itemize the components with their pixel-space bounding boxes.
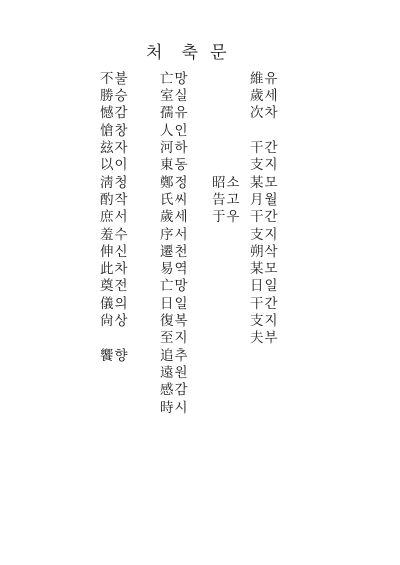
- gloss-cell: 歲세: [160, 210, 212, 224]
- table-row: 憾감 孺유 次차: [100, 105, 290, 122]
- gloss-cell: 復복: [160, 314, 212, 328]
- gloss-cell: 干간: [250, 297, 290, 311]
- gloss-cell: 支지: [250, 158, 290, 172]
- gloss-cell: 維유: [250, 72, 290, 86]
- table-row: 此차 易역 某모: [100, 260, 290, 277]
- pronunciation-table: 不불 亡망 維유 勝승 室실 歲세 憾감 孺유 次차 愴창 人인 玆자 河하 干: [100, 70, 290, 416]
- gloss-cell: 奠전: [100, 279, 160, 293]
- table-row: 時시: [100, 399, 290, 416]
- gloss-cell: 儀의: [100, 297, 160, 311]
- table-row: 玆자 河하 干간: [100, 139, 290, 156]
- gloss-cell: 朔삭: [250, 245, 290, 259]
- table-row: 奠전 亡망 日일: [100, 278, 290, 295]
- gloss-cell: 日일: [250, 279, 290, 293]
- gloss-cell: 日일: [160, 297, 212, 311]
- table-row: 勝승 室실 歲세: [100, 87, 290, 104]
- table-row: 儀의 日일 干간: [100, 295, 290, 312]
- gloss-cell: 不불: [100, 72, 160, 86]
- table-row: 庶서 歲세 于우 干간: [100, 208, 290, 225]
- gloss-cell: 河하: [160, 141, 212, 155]
- table-row: 淸청 鄭정 昭소 某모: [100, 174, 290, 191]
- gloss-cell: 人인: [160, 124, 212, 138]
- gloss-cell: 感감: [160, 383, 212, 397]
- gloss-cell: 序서: [160, 228, 212, 242]
- gloss-cell: 尙상: [100, 314, 160, 328]
- gloss-cell: 次차: [250, 106, 290, 120]
- table-row: 以이 東동 支지: [100, 156, 290, 173]
- gloss-cell: 饗향: [100, 349, 160, 363]
- gloss-cell: 夫부: [250, 331, 290, 345]
- table-row: 尙상 復복 支지: [100, 312, 290, 329]
- gloss-cell: 干간: [250, 141, 290, 155]
- gloss-cell: 易역: [160, 262, 212, 276]
- document-page: 처축 문 不불 亡망 維유 勝승 室실 歲세 憾감 孺유 次차 愴창 人인 玆자: [0, 0, 400, 565]
- gloss-cell: 亡망: [160, 279, 212, 293]
- table-row: 至지 夫부: [100, 329, 290, 346]
- gloss-cell: 昭소: [212, 176, 250, 190]
- page-title-rest: 축 문: [181, 43, 228, 62]
- gloss-cell: 伸신: [100, 245, 160, 259]
- gloss-cell: 告고: [212, 193, 250, 207]
- gloss-cell: 氏씨: [160, 193, 212, 207]
- gloss-cell: 歲세: [250, 89, 290, 103]
- gloss-cell: 支지: [250, 228, 290, 242]
- page-title: 처축 문: [146, 38, 229, 63]
- table-row: 羞수 序서 支지: [100, 226, 290, 243]
- gloss-cell: 室실: [160, 89, 212, 103]
- table-row: 感감: [100, 381, 290, 398]
- gloss-cell: 東동: [160, 158, 212, 172]
- gloss-cell: 愴창: [100, 124, 160, 138]
- page-title-first: 처: [146, 43, 164, 62]
- table-row: 愴창 人인: [100, 122, 290, 139]
- table-row: 酌작 氏씨 告고 月월: [100, 191, 290, 208]
- table-row: 饗향 追추: [100, 347, 290, 364]
- table-row: 不불 亡망 維유: [100, 70, 290, 87]
- table-row: 遠원: [100, 364, 290, 381]
- gloss-cell: 時시: [160, 401, 212, 415]
- gloss-cell: 憾감: [100, 106, 160, 120]
- gloss-cell: 羞수: [100, 228, 160, 242]
- gloss-cell: 淸청: [100, 176, 160, 190]
- gloss-cell: 至지: [160, 331, 212, 345]
- gloss-cell: 酌작: [100, 193, 160, 207]
- gloss-cell: 此차: [100, 262, 160, 276]
- gloss-cell: 遠원: [160, 366, 212, 380]
- gloss-cell: 以이: [100, 158, 160, 172]
- gloss-cell: 孺유: [160, 106, 212, 120]
- gloss-cell: 于우: [212, 210, 250, 224]
- gloss-cell: 庶서: [100, 210, 160, 224]
- table-row: 伸신 遷천 朔삭: [100, 243, 290, 260]
- gloss-cell: 遷천: [160, 245, 212, 259]
- gloss-cell: 鄭정: [160, 176, 212, 190]
- gloss-cell: 月월: [250, 193, 290, 207]
- gloss-cell: 追추: [160, 349, 212, 363]
- gloss-cell: 某모: [250, 262, 290, 276]
- gloss-cell: 亡망: [160, 72, 212, 86]
- gloss-cell: 勝승: [100, 89, 160, 103]
- gloss-cell: 支지: [250, 314, 290, 328]
- gloss-cell: 某모: [250, 176, 290, 190]
- gloss-cell: 干간: [250, 210, 290, 224]
- gloss-cell: 玆자: [100, 141, 160, 155]
